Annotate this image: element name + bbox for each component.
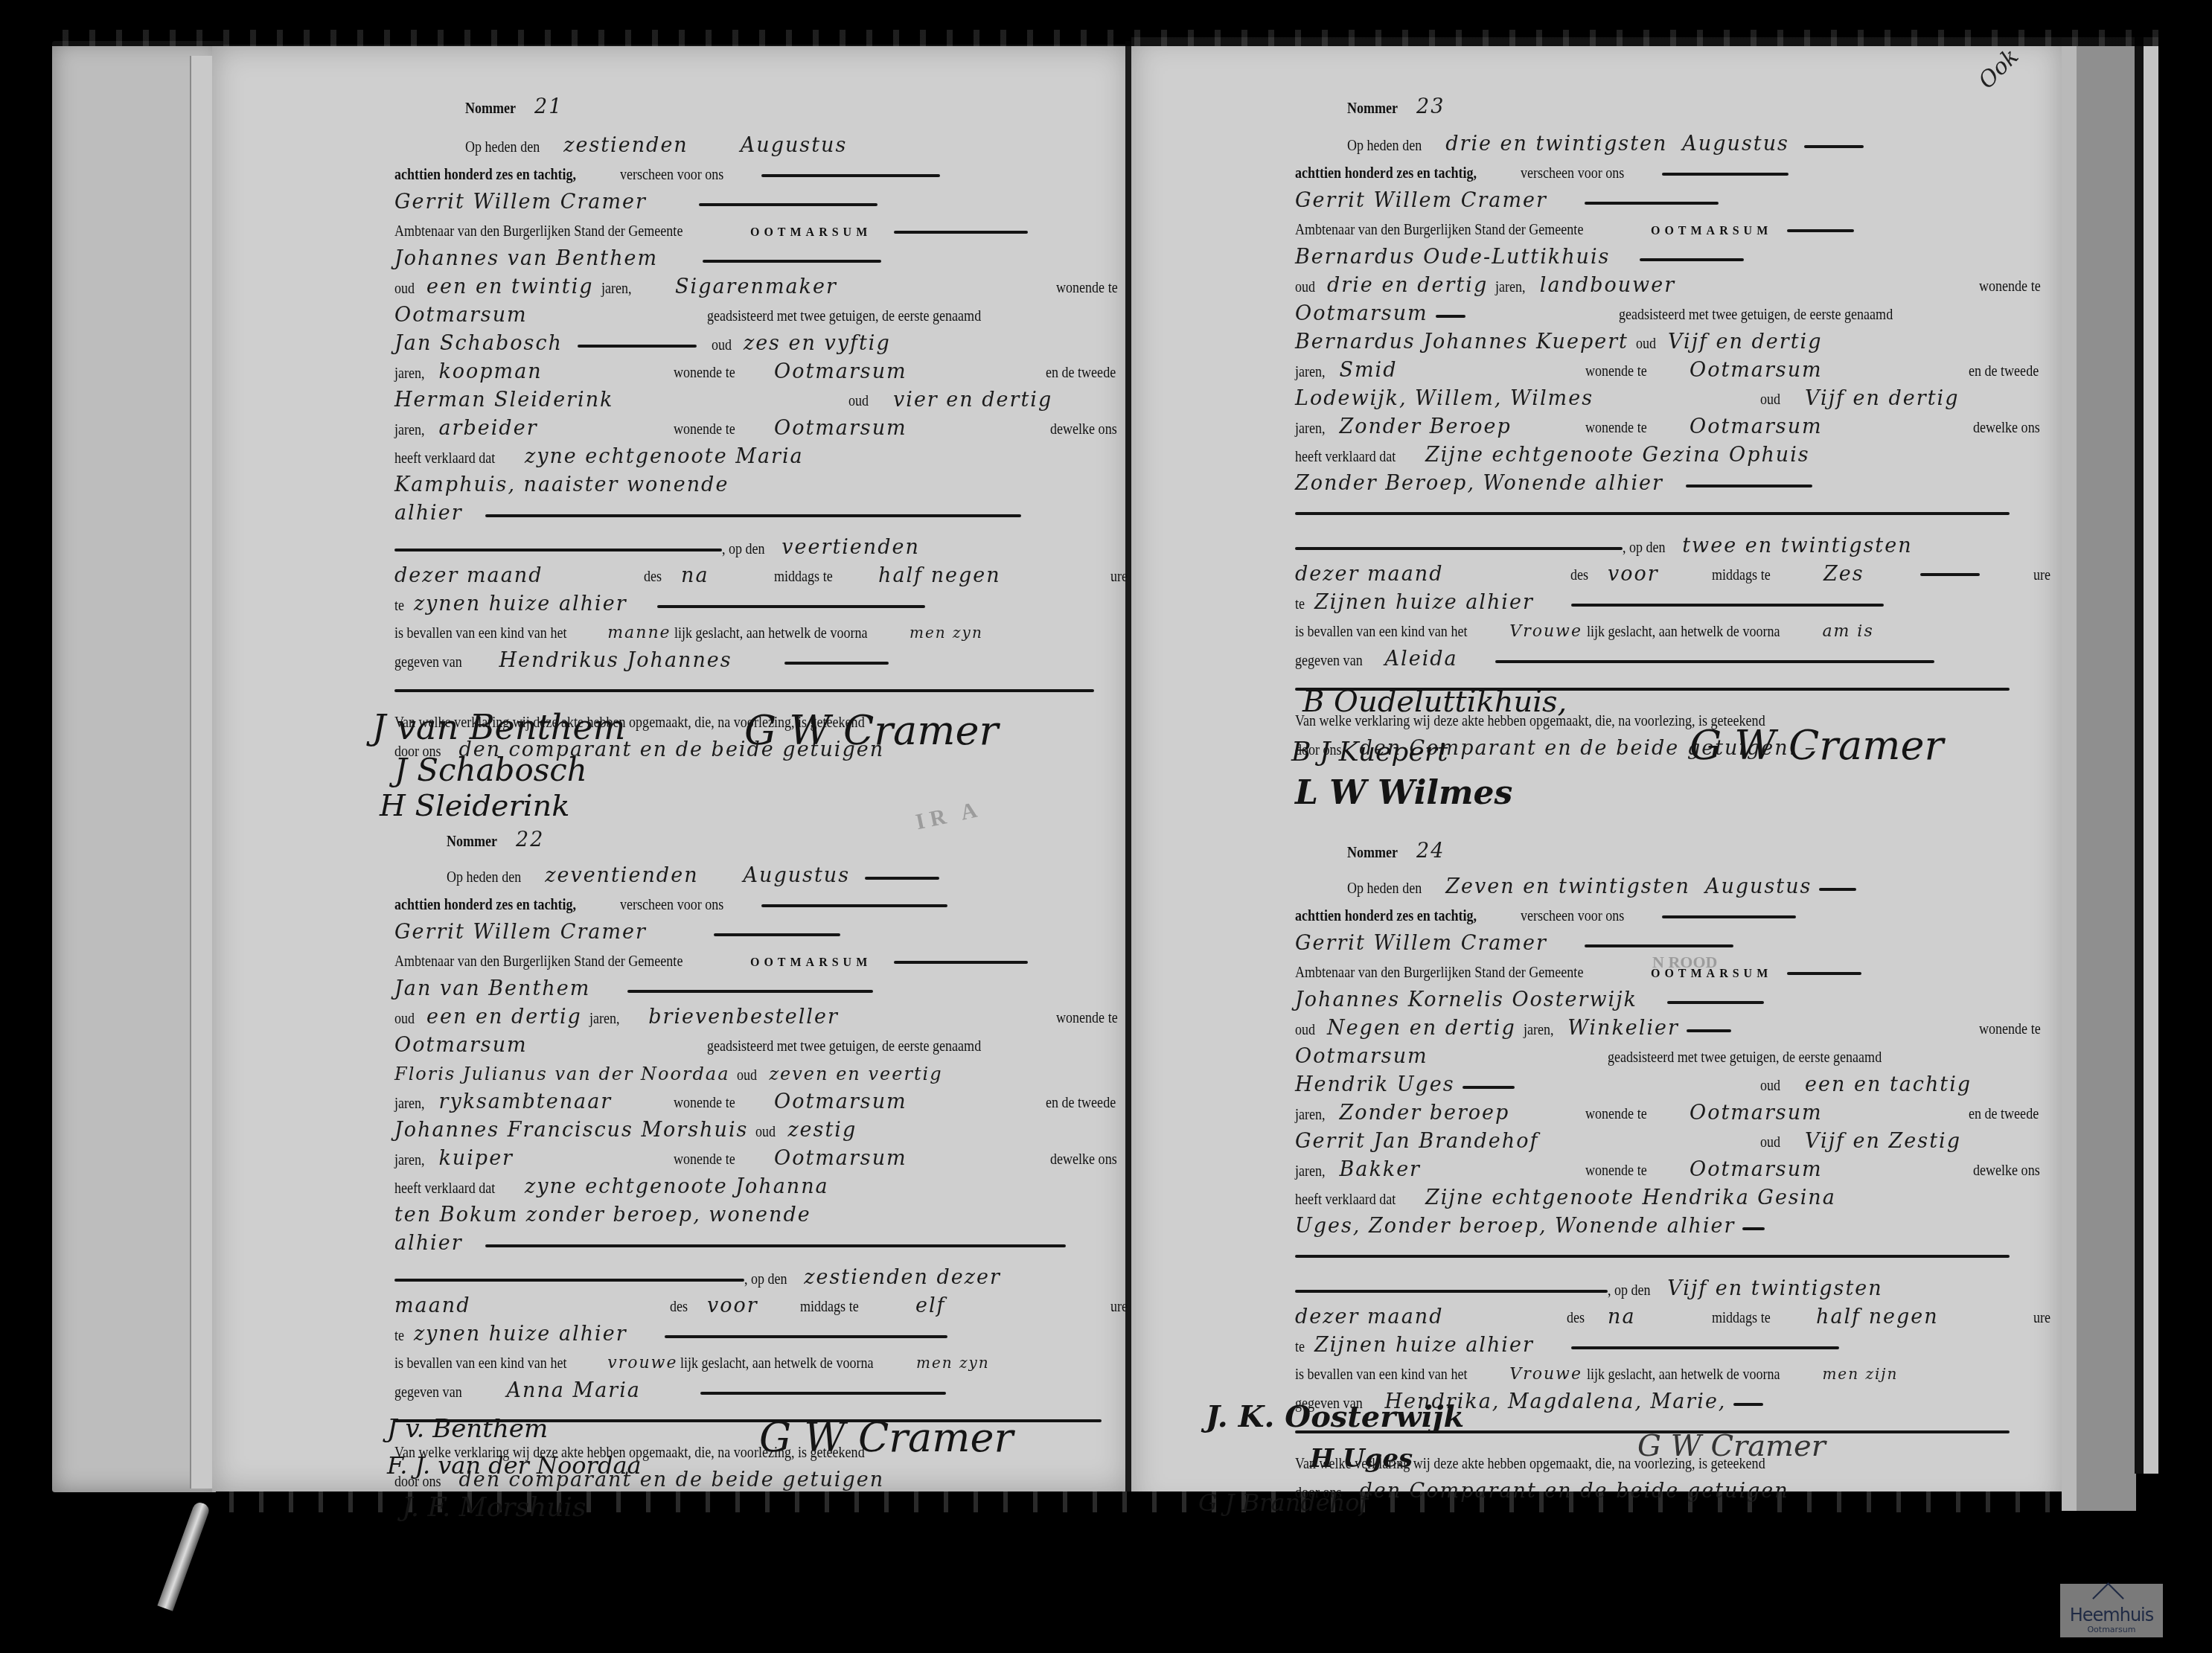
label-wonende: wonende te [674,415,735,443]
birth-month: dezer maand [1295,1303,1443,1331]
signature-official: G W Cramer [759,1414,1013,1461]
label-op-heden: Op heden den [447,863,521,891]
label-middags: middags te [800,1292,859,1320]
label-wonende: wonende te [1979,272,2041,300]
child-name: Anna Maria [507,1377,641,1405]
label-jaren: jaren, [394,1089,425,1117]
cover-binding-band [190,56,214,1489]
label-te: te [1295,1332,1305,1361]
fill-rule [627,990,873,993]
book-cover-edge-line [2135,37,2144,1474]
label-oud: oud [1636,329,1656,357]
mother-line-2: Zonder Beroep, Wonende alhier [1295,470,1663,498]
record-month: Augustus [1682,130,1789,159]
witness1-occupation: Smid [1339,357,1397,385]
witness1-age: Vijf en dertig [1668,328,1823,357]
fill-rule [1585,944,1733,947]
fill-rule [1295,512,2010,515]
nommer-label: Nommer [447,827,497,855]
label-en-de-tweede: en de tweede [1969,1099,2039,1128]
birth-record-21: Nommer21 Op heden denzestiendenAugustus … [394,93,1131,764]
record-number: 23 [1416,93,1445,121]
witness2-occupation: kuiper [438,1145,514,1173]
witness1-name: Hendrik Uges [1295,1071,1455,1099]
label-oud: oud [712,330,732,359]
label-wonende: wonende te [674,358,735,386]
witness1-name: Bernardus Johannes Kuepert [1295,328,1628,357]
right-page-edge [2062,37,2077,1511]
fill-rule [1733,1403,1763,1406]
label-wonende: wonende te [1585,357,1647,385]
municipality: OOTMARSUM [1651,225,1772,237]
signature-witness-2: L W Wilmes [1295,774,1512,812]
fill-rule [761,904,947,907]
declarant-name: Johannes Kornelis Oosterwijk [1295,986,1637,1014]
witness1-residence: Ootmarsum [1690,1099,1823,1128]
fill-rule [394,689,1094,692]
record-date: zeventienden [545,862,698,890]
label-heeft-verklaard: heeft verklaard dat [394,444,495,472]
fill-rule [1742,1227,1765,1230]
birth-place: zynen huize alhier [414,1320,627,1349]
label-jaren: jaren, [589,1004,620,1032]
fill-rule [1436,315,1465,318]
book-cover-right [2077,37,2136,1511]
label-des: des [1570,560,1588,589]
signature-declarant: J van Benthem [372,707,625,747]
signature-witness-1: H Uges [1310,1444,1413,1474]
label-wonende: wonende te [1585,1156,1647,1184]
label-oud: oud [394,1004,415,1032]
fill-rule [1787,229,1854,232]
record-number: 22 [516,826,544,854]
label-op-heden: Op heden den [1347,131,1422,159]
signature-declarant: J v. Benthem [387,1414,548,1444]
fill-rule [1640,258,1744,261]
label-jaren: jaren, [1495,272,1526,301]
witness1-occupation: koopman [438,358,542,386]
fill-rule [1662,915,1796,918]
child-sex: manne [607,619,671,648]
voornamen-suffix: am is [1822,618,1873,646]
nommer-label: Nommer [465,94,516,122]
logo-subtitle: Ootmarsum [2060,1625,2163,1634]
birth-place: zynen huize alhier [414,590,627,618]
witness1-residence: Ootmarsum [774,358,907,386]
declarant-age: Negen en dertig [1327,1014,1516,1043]
label-is-bevallen: is bevallen van een kind van het [1295,617,1467,645]
birth-place: Zijnen huize alhier [1314,589,1534,617]
label-verscheen: verscheen voor ons [1521,159,1624,187]
signature-declarant: J. K. Oosterwijk [1206,1399,1464,1434]
fill-rule [714,933,840,936]
label-jaren: jaren, [394,1145,425,1174]
label-middags: middags te [774,562,833,590]
birth-ampm: voor [1608,560,1659,589]
label-dewelke: dewelke ons [1973,413,2040,441]
fill-rule [485,1244,1066,1247]
birth-time: half negen [878,562,1001,590]
label-oud: oud [1295,272,1315,301]
witness1-name: Floris Julianus van der Noordaa [394,1060,729,1088]
signature-official: G W Cramer [744,707,998,754]
declarant-age: drie en dertig [1327,272,1488,300]
label-jaren: jaren, [394,415,425,444]
label-is-bevallen: is bevallen van een kind van het [394,1349,566,1377]
nommer-label: Nommer [1347,94,1398,122]
official-name: Gerrit Willem Cramer [394,918,647,947]
label-jaren: jaren, [1295,357,1326,386]
label-en-de-tweede: en de tweede [1969,357,2039,385]
record-number: 24 [1416,837,1445,866]
mother-line-2: Kamphuis, naaister wonende [394,471,729,499]
torn-top-edge [52,30,2158,46]
birth-ampm: na [681,562,709,590]
fill-rule [485,514,1021,517]
label-jaren: jaren, [394,359,425,387]
label-op-den: , op den [1623,533,1666,561]
label-geslacht: lijk geslacht, aan hetwelk de voorna [1587,1360,1780,1388]
voornamen-suffix: men zyn [910,618,983,647]
signature-official: G W Cramer [1637,1429,1826,1463]
mother-line-2: ten Bokum zonder beroep, wonende [394,1201,811,1230]
fill-rule [1819,888,1856,891]
birth-date: Vijf en twintigsten [1667,1275,1882,1303]
witness2-age: Vijf en dertig [1805,385,1960,413]
child-name: Aleida [1385,645,1458,674]
signature-witness-2: J. F. Morshuis [402,1492,586,1523]
fill-rule [1571,1346,1839,1349]
official-name: Gerrit Willem Cramer [1295,187,1547,215]
label-oud: oud [1760,1071,1780,1099]
witness1-residence: Ootmarsum [774,1088,907,1116]
label-oud: oud [737,1061,757,1089]
label-ure: ure [2033,560,2050,589]
witness1-age: een en tachtig [1805,1071,1972,1099]
witness1-residence: Ootmarsum [1690,357,1823,385]
label-verscheen: verscheen voor ons [1521,901,1624,930]
label-wonende: wonende te [1979,1014,2041,1043]
logo-name: Heemhuis [2060,1606,2163,1624]
label-te: te [394,591,404,619]
record-month: Augustus [741,132,848,160]
record-number: 21 [534,93,563,121]
birth-time: Zes [1823,560,1864,589]
declarant-occupation: brievenbesteller [648,1003,839,1032]
fill-rule [865,877,939,880]
label-te: te [1295,589,1305,618]
label-op-heden: Op heden den [1347,874,1422,902]
signature-witness-2: G J Brandehof [1198,1489,1368,1517]
record-date: Zeven en twintigsten [1445,873,1690,901]
year-printed: achttien honderd zes en tachtig, [394,890,576,918]
fill-rule [394,549,722,551]
label-oud: oud [394,274,415,302]
label-gegeven-van: gegeven van [394,648,462,676]
nommer-label: Nommer [1347,838,1398,866]
label-heeft-verklaard: heeft verklaard dat [1295,1185,1396,1213]
label-ure: ure [1110,1292,1128,1320]
declarant-name: Johannes van Benthem [394,245,658,273]
signed-by: den Comparant en de beide getuigen [1359,1477,1789,1506]
witness2-residence: Ootmarsum [774,415,907,443]
label-en-de-tweede: en de tweede [1046,358,1116,386]
declarant-age: een en dertig [426,1003,582,1032]
label-verscheen: verscheen voor ons [620,160,723,188]
signature-witness-2: H Sleiderink [380,789,569,823]
label-geslacht: lijk geslacht, aan hetwelk de voorna [1587,617,1780,645]
label-jaren: jaren, [1524,1015,1554,1043]
fill-rule [1687,1029,1731,1032]
label-ambtenaar: Ambtenaar van den Burgerlijken Stand der… [394,217,683,245]
label-heeft-verklaard: heeft verklaard dat [1295,442,1396,470]
birth-date: veertienden [781,534,920,562]
label-geslacht: lijk geslacht, aan hetwelk de voorna [674,618,867,647]
label-te: te [394,1321,404,1349]
voornamen-suffix: men zyn [916,1349,990,1377]
mother-line-1: zyne echtgenoote Maria [525,443,804,471]
fill-rule [1463,1086,1515,1089]
label-op-den: , op den [722,534,765,563]
label-geadsisteerd: geadsisteerd met twee getuigen, de eerst… [1619,300,1893,328]
birth-ampm: na [1608,1303,1636,1331]
label-gegeven-van: gegeven van [1295,646,1363,674]
witness2-residence: Ootmarsum [1690,1156,1823,1184]
fill-rule [784,662,889,665]
signature-witness-1: B J Kuepert [1291,737,1448,767]
signature-official: G W Cramer [1690,722,1943,769]
fill-rule [665,1335,947,1338]
declarant-occupation: Winkelier [1567,1014,1679,1043]
witness2-residence: Ootmarsum [1690,413,1823,441]
fill-rule [1667,1001,1764,1004]
label-des: des [644,562,662,590]
fill-rule [1585,202,1719,205]
witness1-name: Jan Schabosch [394,330,563,358]
fill-rule [894,231,1028,234]
birth-month: maand [394,1292,470,1320]
label-ambtenaar: Ambtenaar van den Burgerlijken Stand der… [394,947,683,975]
witness1-age: zes en vyftig [744,330,891,358]
label-heeft-verklaard: heeft verklaard dat [394,1174,495,1202]
witness2-name: Lodewijk, Willem, Wilmes [1295,385,1594,413]
label-op-den: , op den [744,1264,787,1293]
birth-record-23: Nommer23 Op heden dendrie en twintigsten… [1295,93,2054,763]
fill-rule [1495,660,1934,663]
year-printed: achttien honderd zes en tachtig, [394,160,576,188]
label-geadsisteerd: geadsisteerd met twee getuigen, de eerst… [707,301,981,330]
witness2-occupation: Zonder Beroep [1339,413,1511,441]
fill-rule [1920,573,1980,576]
fill-rule [703,260,881,263]
signature-declarant: B Oudeluttikhuis, [1302,685,1567,719]
label-geadsisteerd: geadsisteerd met twee getuigen, de eerst… [1608,1043,1882,1071]
witness2-occupation: arbeider [438,415,537,443]
fill-rule [1295,1255,2010,1258]
fill-rule [1787,972,1861,975]
municipality: OOTMARSUM [1651,968,1772,980]
label-oud: oud [1295,1015,1315,1043]
declarant-name: Jan van Benthem [394,975,590,1003]
record-date: zestienden [563,132,688,160]
label-dewelke: dewelke ons [1050,415,1117,443]
signature-witness-1: J Schabosch [394,752,587,788]
label-jaren: jaren, [1295,1157,1326,1185]
fill-rule [578,345,697,348]
declarant-name: Bernardus Oude-Luttikhuis [1295,243,1610,272]
witness1-occupation: Zonder beroep [1339,1099,1509,1128]
record-date: drie en twintigsten [1445,130,1667,159]
label-geslacht: lijk geslacht, aan hetwelk de voorna [680,1349,873,1377]
fill-rule [1571,604,1884,607]
label-wonende: wonende te [1056,273,1118,301]
fill-rule [1295,1290,1608,1293]
label-jaren: jaren, [1295,1100,1326,1128]
year-printed: achttien honderd zes en tachtig, [1295,901,1477,930]
declarant-residence: Ootmarsum [394,301,528,330]
declarant-residence: Ootmarsum [1295,300,1428,328]
birth-time: elf [915,1292,946,1320]
voornamen-suffix: men zijn [1822,1360,1898,1388]
fill-rule [761,174,940,177]
label-verscheen: verscheen voor ons [620,890,723,918]
record-month: Augustus [744,862,851,890]
year-printed: achttien honderd zes en tachtig, [1295,159,1477,187]
witness1-occupation: ryksambtenaar [438,1088,612,1116]
label-op-heden: Op heden den [465,132,540,161]
label-op-den: , op den [1608,1276,1651,1304]
birth-ampm: voor [707,1292,758,1320]
label-is-bevallen: is bevallen van een kind van het [1295,1360,1467,1388]
birth-date: twee en twintigsten [1682,532,1912,560]
label-wonende: wonende te [1585,1099,1647,1128]
label-ambtenaar: Ambtenaar van den Burgerlijken Stand der… [1295,215,1583,243]
book-cover-outer-edge [2144,37,2158,1474]
label-wonende: wonende te [674,1088,735,1116]
declarant-age: een en twintig [426,273,594,301]
label-middags: middags te [1712,560,1771,589]
label-ure: ure [1110,562,1128,590]
mother-line-1: zyne echtgenoote Johanna [525,1173,829,1201]
label-wonende: wonende te [674,1145,735,1173]
fill-rule [1662,173,1789,176]
fill-rule [699,203,878,206]
child-sex: Vrouwe [1509,1361,1582,1389]
municipality: OOTMARSUM [750,956,872,969]
witness2-name: Herman Sleiderink [394,386,613,415]
witness1-age: zeven en veertig [769,1060,942,1088]
fill-rule [894,961,1028,964]
fill-rule [657,605,925,608]
fill-rule [1295,547,1623,550]
label-ambtenaar: Ambtenaar van den Burgerlijken Stand der… [1295,958,1583,986]
fill-rule [394,1279,744,1282]
birth-month: dezer maand [1295,560,1443,589]
birth-date: zestienden dezer [804,1264,1001,1292]
page-holder-pin [157,1500,211,1611]
record-month: Augustus [1705,873,1812,901]
birth-time: half negen [1816,1303,1939,1331]
official-name: Gerrit Willem Cramer [1295,930,1547,958]
witness2-age: Vijf en Zestig [1805,1128,1961,1156]
witness2-name: Johannes Franciscus Morshuis [394,1116,748,1145]
label-is-bevallen: is bevallen van een kind van het [394,618,566,647]
label-oud: oud [848,386,869,415]
label-des: des [1567,1303,1585,1331]
declarant-residence: Ootmarsum [394,1032,528,1060]
heemhuis-logo: Heemhuis Ootmarsum [2060,1584,2163,1637]
label-oud: oud [1760,1128,1780,1156]
declarant-occupation: landbouwer [1540,272,1675,300]
official-name: Gerrit Willem Cramer [394,188,647,217]
label-dewelke: dewelke ons [1050,1145,1117,1173]
label-wonende: wonende te [1056,1003,1118,1032]
label-gegeven-van: gegeven van [394,1378,462,1406]
witness2-occupation: Bakker [1339,1156,1421,1184]
child-sex: Vrouwe [1509,618,1582,646]
birth-place: Zijnen huize alhier [1314,1331,1534,1360]
witness2-age: zestig [787,1116,857,1145]
fill-rule [1804,145,1864,148]
witness2-residence: Ootmarsum [774,1145,907,1173]
mother-line-1: Zijne echtgenoote Gezina Ophuis [1425,441,1810,470]
fill-rule [1686,485,1812,487]
label-jaren: jaren, [601,274,632,302]
declarant-occupation: Sigarenmaker [675,273,837,301]
mother-line-3: alhier [394,499,463,528]
signature-witness-1: F. J. van der Noordaa [387,1451,642,1480]
label-dewelke: dewelke ons [1973,1156,2040,1184]
mother-line-3: alhier [394,1230,463,1258]
birth-record-22: Nommer22 Op heden denzeventiendenAugustu… [394,826,1131,1494]
label-oud: oud [755,1117,776,1145]
label-jaren: jaren, [1295,414,1326,442]
witness2-name: Gerrit Jan Brandehof [1295,1128,1538,1156]
label-geadsisteerd: geadsisteerd met twee getuigen, de eerst… [707,1032,981,1060]
fill-rule [700,1392,946,1395]
witness2-age: vier en dertig [893,386,1052,415]
label-en-de-tweede: en de tweede [1046,1088,1116,1116]
mother-line-1: Zijne echtgenoote Hendrika Gesina [1425,1184,1836,1212]
label-oud: oud [1760,385,1780,413]
child-sex: vrouwe [607,1349,677,1378]
declarant-residence: Ootmarsum [1295,1043,1428,1071]
child-name: Hendrikus Johannes [499,647,732,675]
municipality: OOTMARSUM [750,226,872,239]
label-middags: middags te [1712,1303,1771,1331]
label-ure: ure [2033,1303,2050,1331]
mother-line-2: Uges, Zonder beroep, Wonende alhier [1295,1212,1735,1241]
label-des: des [670,1292,688,1320]
label-wonende: wonende te [1585,413,1647,441]
birth-month: dezer maand [394,562,543,590]
